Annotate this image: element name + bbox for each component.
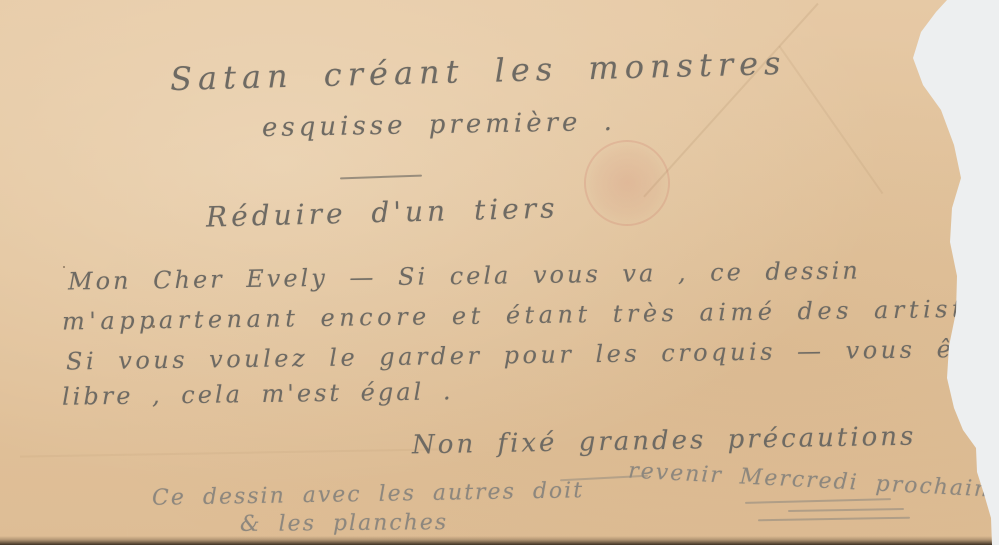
- body-line-1: Mon Cher Evely — Si cela vous va , ce de…: [68, 256, 861, 295]
- paper-crease: [643, 3, 818, 197]
- title-line-1: Satan créant les monstres: [170, 44, 787, 98]
- postscript-line-1-left: Ce dessin avec les autres doit: [152, 478, 584, 511]
- body-line-2: m'appartenant encore et étant très aimé …: [62, 294, 999, 335]
- paper-speck: [63, 266, 65, 268]
- postscript-line-2: & les planches: [240, 510, 448, 537]
- paper-bottom-edge-shadow: [0, 536, 999, 545]
- emphasis-underline-2: [788, 508, 904, 512]
- red-stamp-mark: [584, 140, 670, 226]
- postscript-line-1-right: revenir Mercredi prochain: [628, 459, 991, 503]
- emphasis-underline-1: [745, 498, 891, 504]
- instruction-line: Réduire d'un tiers: [206, 191, 559, 233]
- paper-speck: [152, 325, 155, 328]
- paper-sheet: Satan créant les monstres esquisse premi…: [0, 0, 999, 545]
- paper-crease: [20, 448, 440, 457]
- body-line-4: libre , cela m'est égal .: [62, 377, 454, 410]
- note-line: Non fixé grandes précautions: [412, 422, 917, 461]
- emphasis-underline-3: [758, 517, 910, 522]
- title-underline-stroke: [340, 175, 422, 180]
- title-line-2: esquisse première .: [262, 107, 616, 143]
- scanned-document: Satan créant les monstres esquisse premi…: [0, 0, 999, 545]
- paper-crease: [779, 46, 883, 194]
- body-line-3: Si vous voulez le garder pour les croqui…: [66, 334, 999, 375]
